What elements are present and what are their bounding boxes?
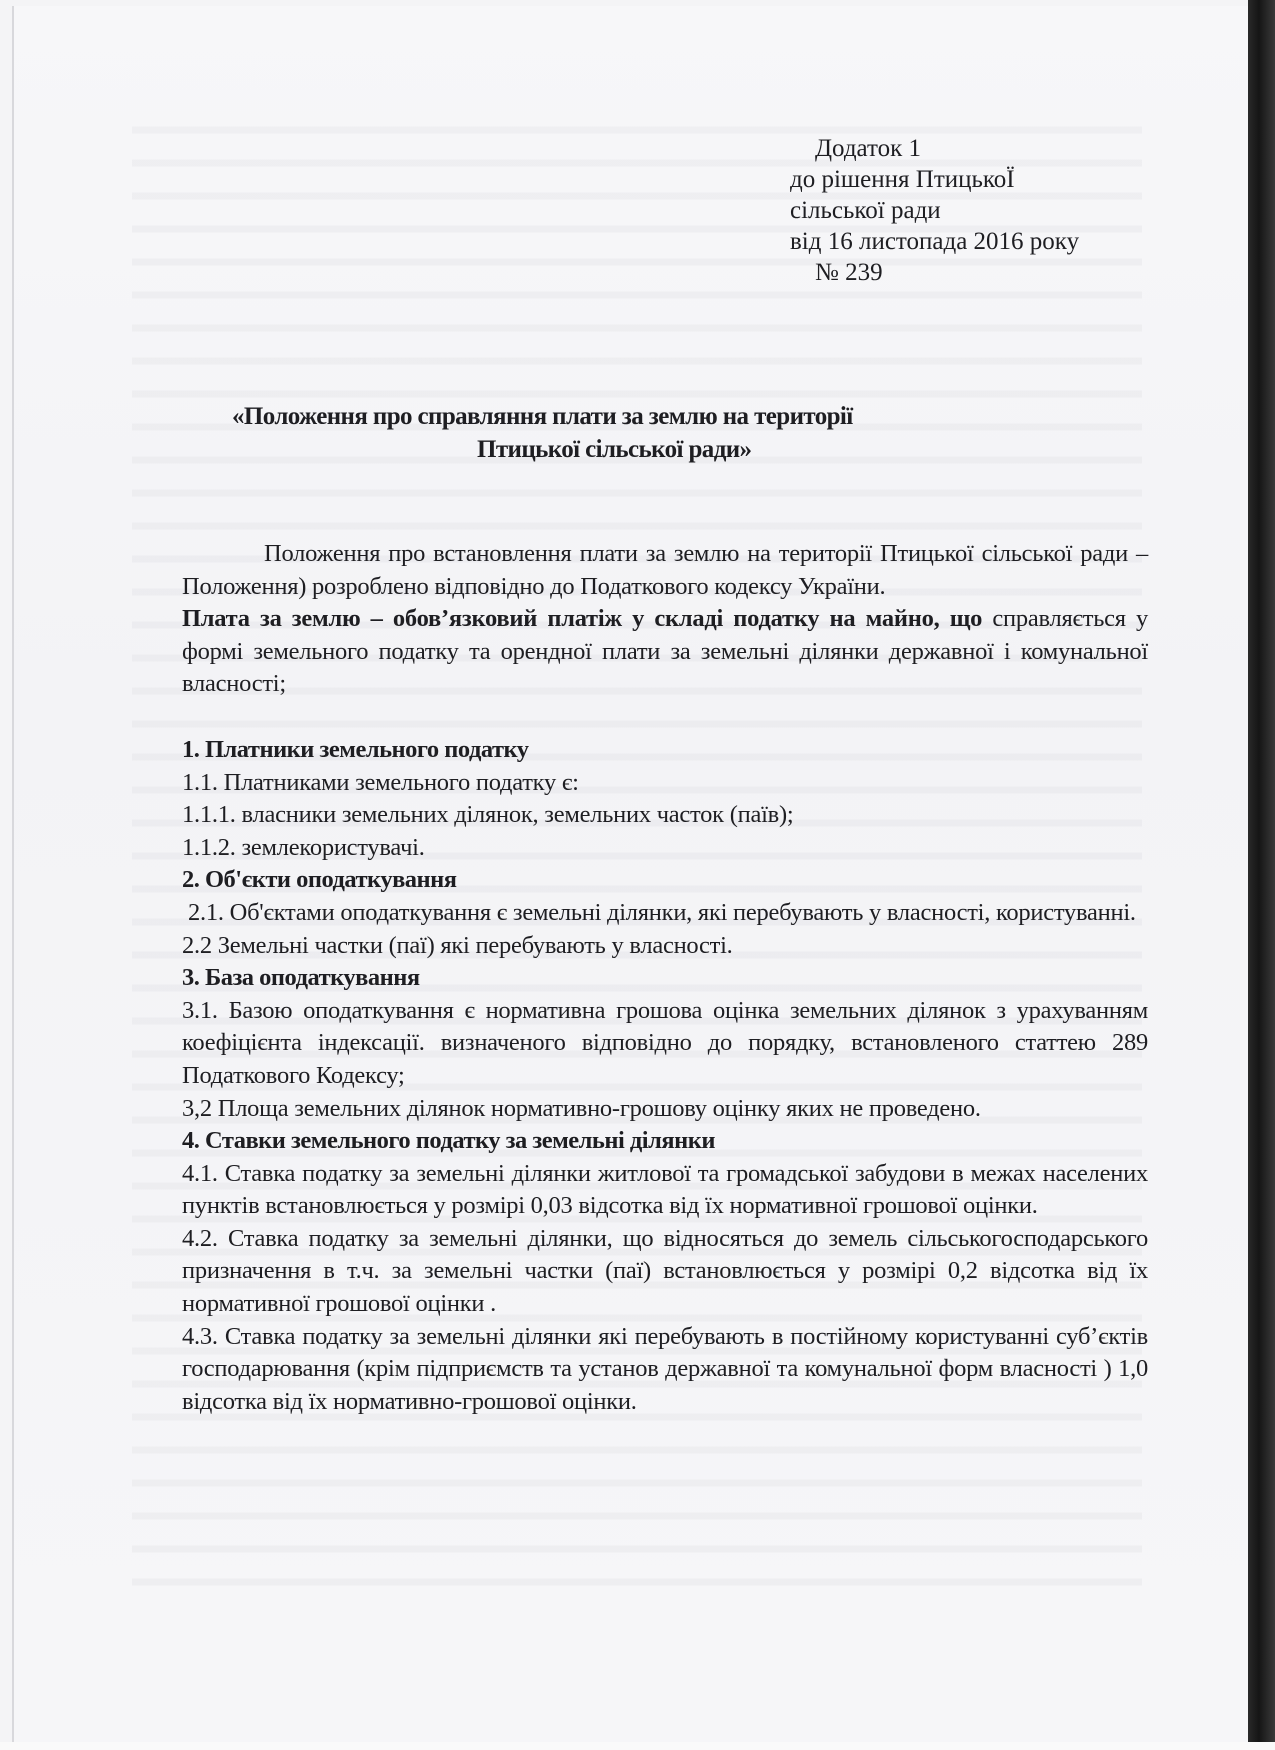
section-item: 2.2 Земельні частки (паї) які перебувают… <box>182 930 1148 963</box>
section-item: 4.2. Ставка податку за земельні ділянки,… <box>182 1223 1148 1321</box>
section-heading-3: 3. База оподаткування <box>182 962 1148 995</box>
document-body: Положення про встановлення плати за земл… <box>182 538 1148 1418</box>
title-line-1: «Положення про справляння плати за землю… <box>182 400 1148 433</box>
section-heading-2: 2. Об'єкти оподаткування <box>182 864 1148 897</box>
decision-date: від 16 листопада 2016 року <box>790 226 1079 257</box>
section-item: 3,2 Площа земельних ділянок нормативно-г… <box>182 1093 1148 1126</box>
decision-number: № 239 <box>790 257 1079 288</box>
decision-reference: до рішення ПтицькоЇ <box>790 164 1079 195</box>
section-item: 1.1.1. власники земельних ділянок, земел… <box>182 799 1148 832</box>
scanner-edge <box>1248 0 1275 1750</box>
council-name: сільської ради <box>790 195 1079 226</box>
section-item: 2.1. Об'єктами оподаткування є земельні … <box>182 897 1148 930</box>
appendix-header: Додаток 1 до рішення ПтицькоЇ сільської … <box>790 133 1079 288</box>
section-item: 4.3. Ставка податку за земельні ділянки … <box>182 1321 1148 1419</box>
section-item: 1.1.2. землекористувачі. <box>182 832 1148 865</box>
section-heading-1: 1. Платники земельного податку <box>182 734 1148 767</box>
spacer <box>182 701 1148 734</box>
section-item: 1.1. Платниками земельного податку є: <box>182 767 1148 800</box>
definition-term: Плата за землю – обов’язковий платіж у с… <box>182 605 982 632</box>
title-line-2: Птицької сільської ради» <box>182 433 1148 466</box>
document-title: «Положення про справляння плати за землю… <box>182 400 1148 466</box>
appendix-label: Додаток 1 <box>790 133 1079 164</box>
section-item: 4.1. Ставка податку за земельні ділянки … <box>182 1158 1148 1223</box>
page-bottom-edge <box>0 1742 1275 1750</box>
section-item: 3.1. Базою оподаткування є нормативна гр… <box>182 995 1148 1093</box>
intro-paragraph: Положення про встановлення плати за земл… <box>182 538 1148 603</box>
definition-paragraph: Плата за землю – обов’язковий платіж у с… <box>182 603 1148 701</box>
section-heading-4: 4. Ставки земельного податку за земельні… <box>182 1125 1148 1158</box>
